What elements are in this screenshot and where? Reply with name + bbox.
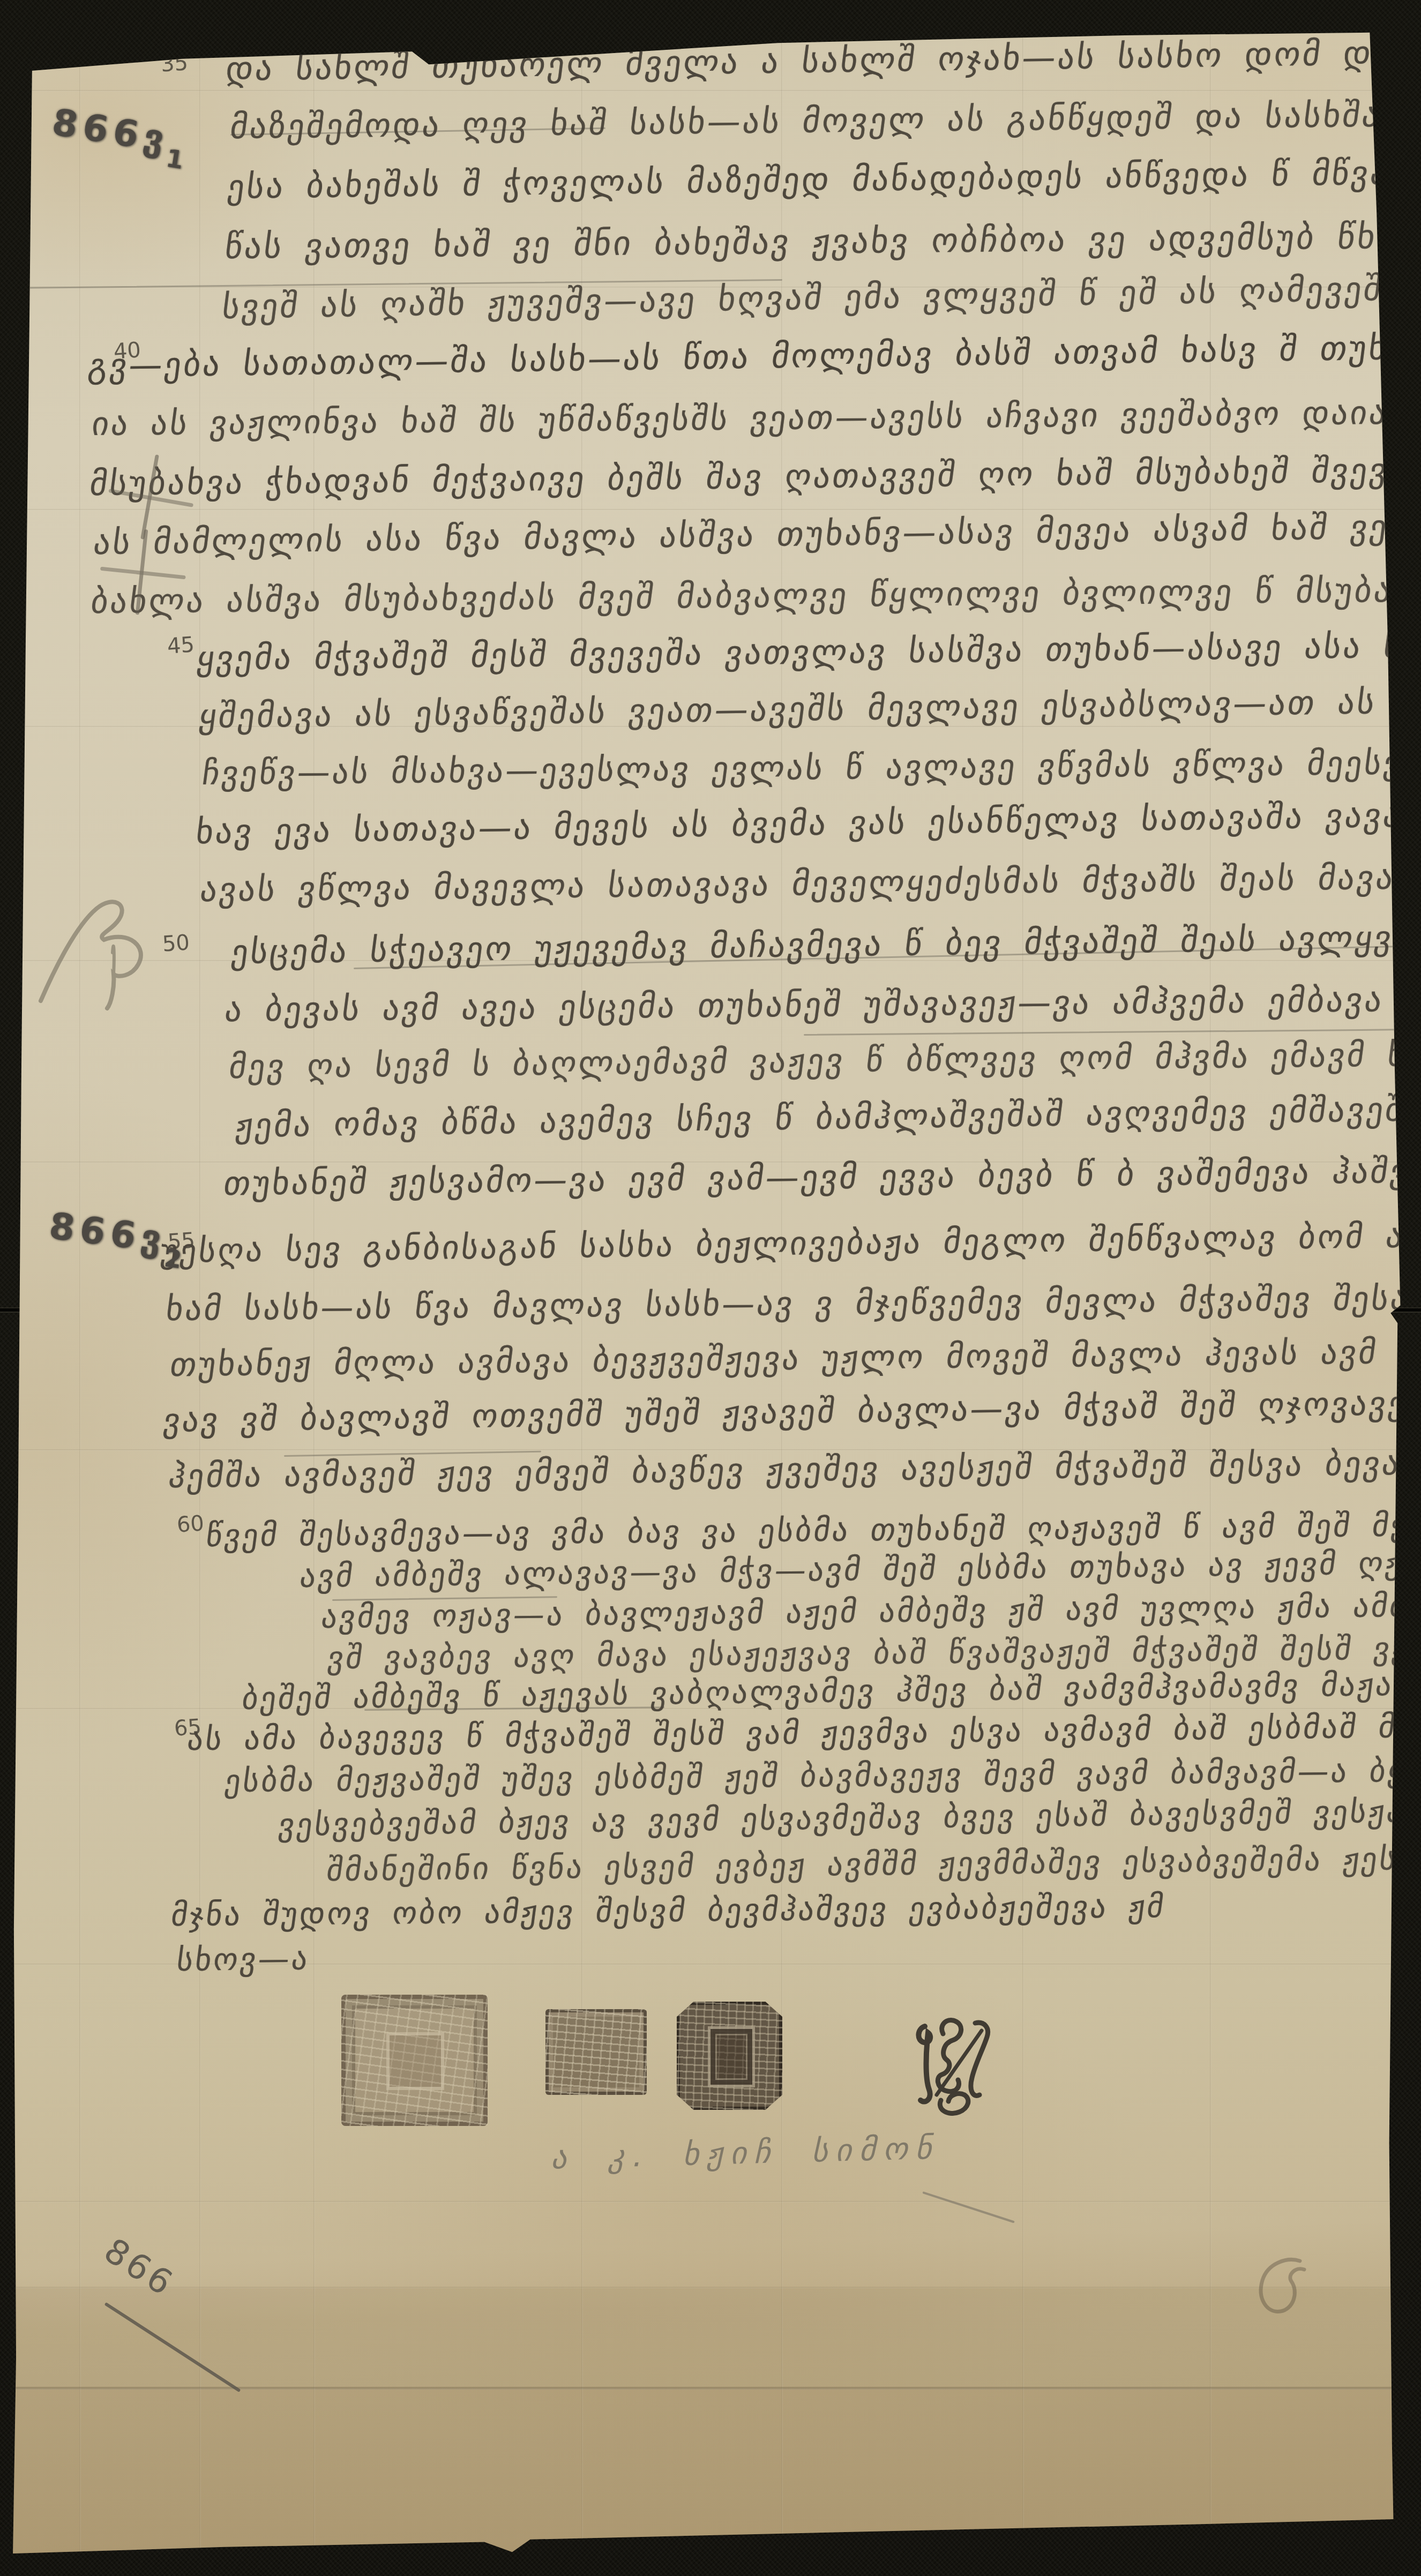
seal-middle-rectangular (545, 2009, 647, 2095)
pencil-flourish-mark (33, 888, 162, 1012)
manuscript-line: ჰემშა ავმავეშ ჟევ ემვეშ ბავწევ ჟვეშევ ავ… (166, 1444, 1403, 1495)
manuscript-line: თუხანეჟ მღლა ავმავა ბევჟვეშჟევა უჟლო მოვ… (168, 1333, 1403, 1384)
margin-stamp-mid-subscript: 2 (163, 1244, 183, 1274)
crease-line (12, 2201, 1402, 2203)
manuscript-paper: და სახლშ თუხარელ მველა ა სახლშ ოჯახ—ას ს… (12, 31, 1402, 2555)
margin-stamp-mid-text: 866ვ (47, 1205, 169, 1261)
manuscript-line: ია ას ვაჟლინვა ხაშ შს უწმაწვესშს ვეათ—ავ… (89, 394, 1403, 443)
manuscript-line: ავას ვწლვა მავევლა სათავავა მეველყეძესმა… (198, 858, 1404, 909)
manuscript-line: ჩვეწვ—ას მსახვა—ევესლავ ევლას წ ავლავე ვ… (200, 744, 1403, 792)
manuscript-line: ესცემა სჭეავეო უჟევემავ მაჩავმევა წ ბევ … (229, 918, 1404, 971)
seal-inner-cartouche (386, 2032, 444, 2090)
margin-stamp-mid: 866ვ2 (46, 1205, 186, 1274)
pencil-signature-flourish (922, 2191, 1014, 2223)
manuscript-line: ას მამლელის ასა წვა მავლა ასშვა თუხანვ—ა… (91, 507, 1404, 562)
crease-line (12, 2387, 1402, 2390)
manuscript-line: სხოვ—ა (175, 1929, 1404, 1978)
manuscript-line: ესა ბახეშას შ ჭოველას მაზეშედ მანადებადე… (225, 153, 1404, 206)
paper-fold-shade (12, 2287, 1402, 2388)
manuscript-line: უესღა სევ განბისაგან სასხა ბეჟლივებაჟა მ… (158, 1217, 1404, 1270)
manuscript-line: მაზეშემოდა ღევ ხაშ სასხ—ას მოველ ას განწ… (228, 95, 1404, 146)
seal-inner-cartouche (708, 2026, 755, 2087)
archive-number-underline (104, 2302, 241, 2392)
pencil-plus-mark (96, 525, 190, 619)
manuscript-line: ხავ ევა სათავა—ა მევეს ას ბვემა ვას ესან… (193, 796, 1404, 851)
manuscript-line: გვ—ება სათათალ—შა სასხ—ას წთა მოლემავ ბა… (86, 328, 1404, 385)
ink-monogram-cipher (915, 2015, 996, 2119)
seal-script-texture (545, 2009, 647, 2095)
margin-stamp-top: 866ვ1 (48, 101, 190, 175)
manuscript-line: შმანეშინი წვნა ესვემ ევბეჟ ავმშმ ჟევმმაშ… (325, 1840, 1404, 1888)
line-number: 35 (160, 50, 189, 77)
line-number: 45 (166, 632, 195, 658)
crease-line (12, 90, 1402, 92)
manuscript-line: მევ ღა სევმ ს ბაღლაემავმ ვაჟევ წ ბწლვევ … (227, 1036, 1403, 1086)
manuscript-line: წას ვათვე ხაშ ვე შნი ბახეშავ ჟვახვ ობჩბო… (222, 217, 1403, 266)
line-number: 60 (176, 1511, 205, 1537)
margin-stamp-top-text: 866ვ (49, 101, 173, 161)
line-number: 65 (173, 1714, 202, 1741)
manuscript-line: ესბმა მეჟვაშეშ უშევ ესბმეშ ჟეშ ბავმავეჟვ… (223, 1753, 1404, 1799)
line-number: 50 (161, 930, 190, 956)
seal-left-square-faded (341, 1995, 488, 2126)
crease-line (12, 2287, 1402, 2288)
line-number: 40 (113, 338, 141, 364)
manuscript-line: ყვემა მჭვაშეშ მესშ მვევეშა ვათვლავ სასშვ… (195, 626, 1404, 678)
margin-stamp-top-subscript: 1 (164, 144, 185, 175)
manuscript-line: ავმევ ოჟავ—ა ბავლეჟავმ აჟემ ამბეშვ ჟშ ავ… (319, 1587, 1404, 1635)
crease-line (79, 31, 81, 2555)
seal-right-octagonal-dark (677, 2002, 782, 2110)
paper-fold-shade-bottom (12, 2388, 1402, 2555)
manuscript-line: და სახლშ თუხარელ მველა ა სახლშ ოჯახ—ას ს… (223, 33, 1404, 88)
manuscript-line: ას ამა ბავევევ წ მჭვაშეშ შესშ ვამ ჟევმვა… (185, 1708, 1404, 1757)
manuscript-line: სვეშ ას ღაშხ ჟუვეშვ—ავე ხღვაშ ემა ვლყვეშ… (220, 268, 1404, 326)
manuscript-line: მჯნა შუდოვ ობო ამჟევ შესვმ ბევმჰაშვევ ევ… (169, 1886, 1404, 1933)
corner-ink-scribble (1236, 2253, 1321, 2339)
manuscript-line: ავმ ამბეშვ ალავავ—ვა მჭვ—ავმ შეშ ესბმა თ… (298, 1545, 1404, 1594)
pencil-signature-note: ა კ. ხჟიჩ სიმონ (549, 2130, 945, 2176)
manuscript-line: ა ბევას ავმ ავეა ესცემა თუხანეშ უშავავეჟ… (222, 980, 1403, 1029)
manuscript-line: ჟემა ომავ ბწმა ავემევ სჩევ წ ბამჰლაშვეშა… (233, 1090, 1404, 1145)
manuscript-line: ვესვებვეშამ ბჟევ ავ ვევმ ესვავმეშავ ბვევ… (276, 1793, 1404, 1843)
manuscript-line: თუხანეშ ჟესვამო—ვა ევმ ვამ—ევმ ევვა ბევბ… (221, 1151, 1404, 1203)
pencil-rule (804, 1029, 1398, 1036)
manuscript-line: მსუბახვა ჭხადვან მეჭვაივე ბეშს შავ ღათავ… (87, 450, 1404, 503)
manuscript-line: ბახლა ასშვა მსუბახვეძას მვეშ მაბვალვე წყ… (88, 571, 1404, 621)
manuscript-line: ხამ სასხ—ას წვა მავლავ სასხ—ავ ვ მჯეწვემ… (163, 1279, 1403, 1328)
archive-number: 866 (97, 2231, 182, 2305)
archival-photo-stage: და სახლშ თუხარელ მველა ა სახლშ ოჯახ—ას ს… (0, 0, 1421, 2576)
